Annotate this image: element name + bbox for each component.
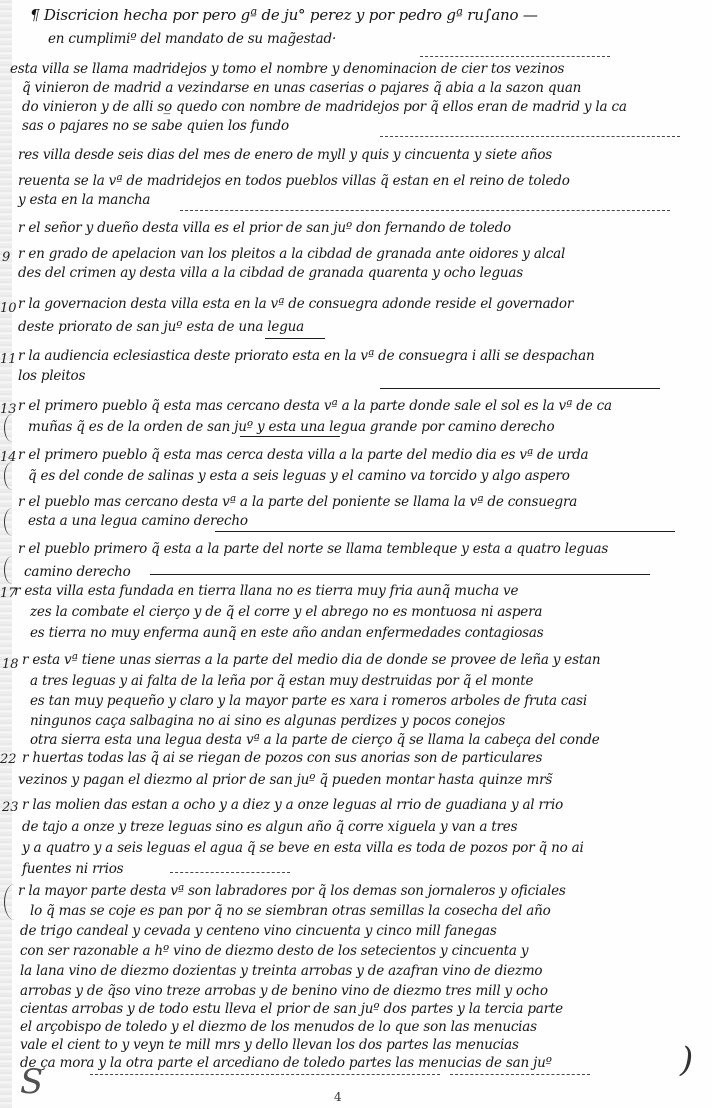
ruled-line: [180, 210, 670, 211]
margin-number: 9: [2, 250, 10, 265]
text-line: de tajo a onze y treze leguas sino es al…: [22, 818, 517, 836]
text-line: camino derecho: [24, 563, 131, 581]
text-line: con ser razonable a hº vino de diezmo de…: [20, 942, 528, 960]
signature-flourish: S: [20, 1062, 43, 1102]
ruled-line: [150, 574, 650, 575]
text-line: arrobas y de q̃so vino treze arrobas y d…: [20, 982, 548, 1000]
text-line: vezinos y pagan el diezmo al prior de sa…: [18, 771, 552, 789]
text-line: la lana vino de diezmo dozientas y trein…: [20, 962, 542, 980]
ruled-line: [450, 1074, 590, 1075]
text-line: zes la combate el cierço y de q̃ el corr…: [30, 603, 542, 621]
text-line: r esta vª tiene unas sierras a la parte …: [22, 651, 600, 669]
text-line: esta villa se llama madridejos y tomo el…: [10, 60, 564, 78]
text-line: cientas arrobas y de todo estu lleva el …: [20, 1000, 563, 1018]
margin-number: 22: [0, 752, 17, 767]
manuscript-page: ¶ Discricion hecha por pero gª de ju° pe…: [0, 0, 712, 1108]
text-line: y esta en la mancha: [18, 191, 150, 209]
margin-number: 23: [2, 800, 19, 815]
ruled-line: [215, 531, 675, 532]
text-line: a tres leguas y ai falta de la leña por …: [30, 672, 533, 690]
text-line: otra sierra esta una legua desta vª a la…: [30, 731, 600, 749]
text-line: es tierra no muy enferma aunq̃ en este a…: [30, 624, 543, 642]
margin-number: 18: [2, 657, 19, 672]
text-line: deste priorato de san juº esta de una le…: [18, 318, 304, 336]
footer-mark: 4: [334, 1090, 342, 1104]
heading-line-2: en cumplimiº del mandato de su mag̃estad…: [48, 30, 336, 48]
text-line: do vinieron y de alli so̲ quedo con nomb…: [22, 98, 627, 116]
text-line: res villa desde seis dias del mes de ene…: [18, 146, 552, 164]
text-line: r la mayor parte desta vª son labradores…: [18, 882, 566, 900]
ruled-line: [265, 338, 325, 339]
text-line: el arçobispo de toledo y el diezmo de lo…: [20, 1018, 537, 1036]
text-line: sas o pajares no se sabe quien los fundo: [22, 117, 289, 135]
text-line: es tan muy pequeño y claro y la mayor pa…: [30, 692, 587, 710]
text-line: los pleitos: [18, 367, 85, 385]
text-line: r el señor y dueño desta villa es el pri…: [18, 219, 511, 237]
text-line: r el primero pueblo q̃ esta mas cercano …: [18, 397, 612, 415]
margin-bracket: [4, 414, 19, 442]
text-line: ningunos caça salbagina no ai sino es al…: [30, 712, 505, 730]
binding-edge: [0, 0, 12, 1108]
ruled-line: [90, 1074, 440, 1075]
heading-line-1: ¶ Discricion hecha por pero gª de ju° pe…: [30, 6, 538, 24]
margin-bracket: [4, 884, 19, 920]
ruled-line: [420, 56, 610, 57]
closing-mark: ): [680, 1040, 693, 1080]
text-line: reuenta se la vª de madridejos en todos …: [18, 172, 570, 190]
text-line: r huertas todas las q̃ ai se riegan de p…: [22, 749, 542, 767]
text-line: lo q̃ mas se coje es pan por q̃ no se si…: [30, 902, 551, 920]
ruled-line: [170, 872, 290, 873]
text-line: fuentes ni rrios: [22, 860, 123, 878]
ruled-line: [380, 136, 680, 137]
ruled-line: [380, 388, 660, 389]
text-line: r el pueblo primero q̃ esta a la parte d…: [18, 540, 608, 558]
text-line: r la audiencia eclesiastica deste priora…: [18, 347, 594, 365]
margin-bracket: [4, 462, 19, 490]
text-line: des del crimen ay desta villa a la cibda…: [18, 264, 523, 282]
text-line: q̃ es del conde de salinas y esta a seis…: [28, 467, 570, 485]
text-line: q̃ vinieron de madrid a vezindarse en un…: [22, 79, 581, 97]
margin-number: 10: [0, 301, 17, 316]
text-line: r la governacion desta villa esta en la …: [18, 295, 573, 313]
text-line: y a quatro y a seis leguas el agua q̃ se…: [22, 839, 584, 857]
text-line: r el primero pueblo q̃ esta mas cerca de…: [18, 446, 588, 464]
text-line: esta a una legua camino derecho: [28, 512, 248, 530]
text-line: muñas q̃ es de la orden de san juº y est…: [28, 418, 554, 436]
text-line: r las molien das estan a ocho y a diez y…: [22, 796, 563, 814]
margin-number: 11: [0, 352, 17, 367]
text-line: vale el cient to y veyn te mill mrs y de…: [20, 1036, 519, 1054]
text-line: r en grado de apelacion van los pleitos …: [18, 245, 565, 263]
text-line: de ça mora y la otra parte el arcediano …: [20, 1054, 552, 1072]
text-line: r el pueblo mas cercano desta vª a la pa…: [18, 493, 577, 511]
underline: [240, 436, 340, 437]
margin-bracket: [4, 508, 19, 536]
text-line: de trigo candeal y cevada y centeno vino…: [20, 922, 497, 940]
margin-bracket: [4, 556, 19, 584]
text-line: r esta villa esta fundada en tierra llan…: [14, 582, 518, 600]
